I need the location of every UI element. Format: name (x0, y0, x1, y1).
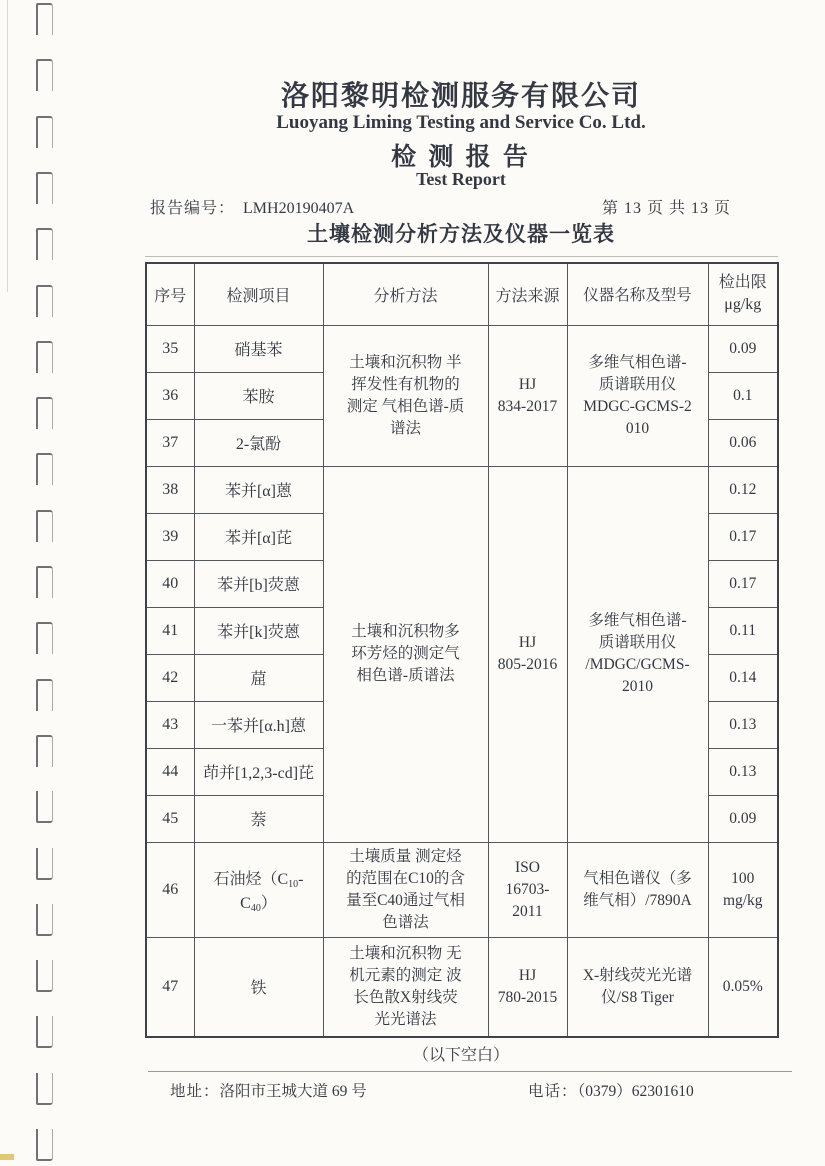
below-blank-note: （以下空白） (145, 1042, 777, 1065)
limit-cell: 0.09 (708, 795, 778, 842)
item-cell: 2-氯酚 (194, 419, 323, 466)
phone-label: 电话： (528, 1083, 578, 1100)
row-number-cell: 41 (146, 607, 194, 654)
table-header-row: 序号 检测项目 分析方法 方法来源 仪器名称及型号 检出限 μg/kg (146, 263, 778, 325)
limit-cell: 0.17 (708, 513, 778, 560)
table-row: 47 铁 土壤和沉积物 无 机元素的测定 波 长色散X射线荧 光光谱法 HJ 7… (146, 937, 778, 1037)
method-cell: 土壤和沉积物多 环芳烃的测定气 相色谱-质谱法 (323, 466, 488, 842)
binding-hole (36, 1129, 53, 1161)
item-cell: 石油烃（C10-C40） (194, 842, 323, 937)
binding-hole (36, 960, 53, 992)
address-line: 地址：洛阳市王城大道 69 号 (170, 1079, 367, 1101)
table-title: 土壤检测分析方法及仪器一览表 (145, 218, 777, 248)
footer-divider (148, 1071, 792, 1072)
source-cell: ISO 16703-2011 (488, 842, 567, 937)
row-number-cell: 47 (146, 937, 194, 1037)
instrument-cell: 多维气相色谱- 质谱联用仪 /MDGC/GCMS- 2010 (567, 466, 708, 842)
binding-hole (36, 341, 53, 373)
row-number-cell: 37 (146, 419, 194, 466)
binding-hole (36, 622, 53, 654)
binding-hole (36, 228, 53, 260)
binding-hole (36, 116, 53, 148)
item-cell: 䓛 (194, 654, 323, 701)
binding-hole (36, 510, 53, 542)
instrument-cell: 气相色谱仪（多 维气相）/7890A (567, 842, 708, 937)
item-cell: 苯并[k]荧蒽 (194, 607, 323, 654)
limit-cell: 0.13 (708, 701, 778, 748)
report-number-label: 报告编号： (150, 200, 235, 217)
methods-instruments-table: 序号 检测项目 分析方法 方法来源 仪器名称及型号 检出限 μg/kg 35 硝… (145, 262, 779, 1038)
report-number-value: LMH20190407A (243, 200, 354, 217)
header-no: 序号 (146, 263, 194, 325)
method-cell: 土壤和沉积物 半 挥发性有机物的 测定 气相色谱-质 谱法 (323, 325, 488, 466)
table-row: 38 苯并[α]蒽 土壤和沉积物多 环芳烃的测定气 相色谱-质谱法 HJ 805… (146, 466, 778, 513)
report-title-en: Test Report (145, 169, 777, 190)
limit-cell: 0.11 (708, 607, 778, 654)
limit-cell: 100 mg/kg (708, 842, 778, 937)
header-instrument: 仪器名称及型号 (567, 263, 708, 325)
item-subscript: 10 (288, 879, 298, 890)
limit-cell: 0.06 (708, 419, 778, 466)
binding-hole (36, 679, 53, 711)
row-number-cell: 44 (146, 748, 194, 795)
item-text: 石油烃（C (213, 871, 288, 888)
binding-hole (36, 566, 53, 598)
binding-hole (36, 735, 53, 767)
limit-cell: 0.13 (708, 748, 778, 795)
binding-hole (36, 59, 53, 91)
item-cell: 茚并[1,2,3-cd]芘 (194, 748, 323, 795)
table-row: 35 硝基苯 土壤和沉积物 半 挥发性有机物的 测定 气相色谱-质 谱法 HJ … (146, 325, 778, 372)
item-cell: 萘 (194, 795, 323, 842)
limit-cell: 0.14 (708, 654, 778, 701)
source-cell: HJ 834-2017 (488, 325, 567, 466)
header-source: 方法来源 (488, 263, 567, 325)
table-top-echo-line (145, 256, 778, 257)
limit-cell: 0.1 (708, 372, 778, 419)
source-cell: HJ 805-2016 (488, 466, 567, 842)
item-cell: 苯并[α]芘 (194, 513, 323, 560)
report-meta-row: 报告编号：LMH20190407A 第 13 页 共 13 页 (150, 195, 790, 218)
binding-hole (36, 848, 53, 880)
instrument-cell: 多维气相色谱- 质谱联用仪 MDGC-GCMS-2 010 (567, 325, 708, 466)
binding-hole (36, 791, 53, 823)
limit-cell: 0.09 (708, 325, 778, 372)
header-limit: 检出限 μg/kg (708, 263, 778, 325)
binding-hole (36, 1016, 53, 1048)
item-cell: 铁 (194, 937, 323, 1037)
method-cell: 土壤质量 测定烃 的范围在C10的含 量至C40通过气相 色谱法 (323, 842, 488, 937)
binding-hole (36, 1073, 53, 1105)
binding-hole (36, 397, 53, 429)
report-title-cn: 检 测 报 告 (145, 137, 777, 173)
phone-value: （0379）62301610 (578, 1083, 694, 1100)
binding-hole (36, 453, 53, 485)
company-name-en: Luoyang Liming Testing and Service Co. L… (145, 112, 777, 134)
binding-hole (36, 285, 53, 317)
page-indicator: 第 13 页 共 13 页 (602, 195, 731, 218)
binding-hole (36, 904, 53, 936)
scanned-report-page: 洛阳黎明检测服务有限公司 Luoyang Liming Testing and … (0, 0, 825, 1166)
row-number-cell: 43 (146, 701, 194, 748)
row-number-cell: 42 (146, 654, 194, 701)
paper-edge-line (7, 0, 8, 292)
address-value: 洛阳市王城大道 69 号 (220, 1083, 367, 1100)
company-name-cn: 洛阳黎明检测服务有限公司 (145, 74, 777, 114)
item-subscript: 40 (251, 903, 261, 914)
address-label: 地址： (170, 1083, 220, 1100)
table-row: 46 石油烃（C10-C40） 土壤质量 测定烃 的范围在C10的含 量至C40… (146, 842, 778, 937)
row-number-cell: 35 (146, 325, 194, 372)
limit-cell: 0.12 (708, 466, 778, 513)
phone-line: 电话：（0379）62301610 (528, 1079, 694, 1101)
header-method: 分析方法 (323, 263, 488, 325)
item-cell: 苯并[α]蒽 (194, 466, 323, 513)
row-number-cell: 39 (146, 513, 194, 560)
row-number-cell: 40 (146, 560, 194, 607)
row-number-cell: 38 (146, 466, 194, 513)
row-number-cell: 36 (146, 372, 194, 419)
corner-scan-mark (0, 1154, 14, 1160)
limit-cell: 0.05% (708, 937, 778, 1037)
item-text: ） (261, 895, 277, 912)
item-cell: 硝基苯 (194, 325, 323, 372)
binding-hole (36, 172, 53, 204)
row-number-cell: 45 (146, 795, 194, 842)
instrument-cell: X-射线荧光光谱 仪/S8 Tiger (567, 937, 708, 1037)
item-cell: 苯胺 (194, 372, 323, 419)
method-cell: 土壤和沉积物 无 机元素的测定 波 长色散X射线荧 光光谱法 (323, 937, 488, 1037)
item-cell: 苯并[b]荧蒽 (194, 560, 323, 607)
header-item: 检测项目 (194, 263, 323, 325)
item-cell: 一苯并[α.h]蒽 (194, 701, 323, 748)
row-number-cell: 46 (146, 842, 194, 937)
limit-cell: 0.17 (708, 560, 778, 607)
source-cell: HJ 780-2015 (488, 937, 567, 1037)
binding-hole (36, 3, 53, 35)
